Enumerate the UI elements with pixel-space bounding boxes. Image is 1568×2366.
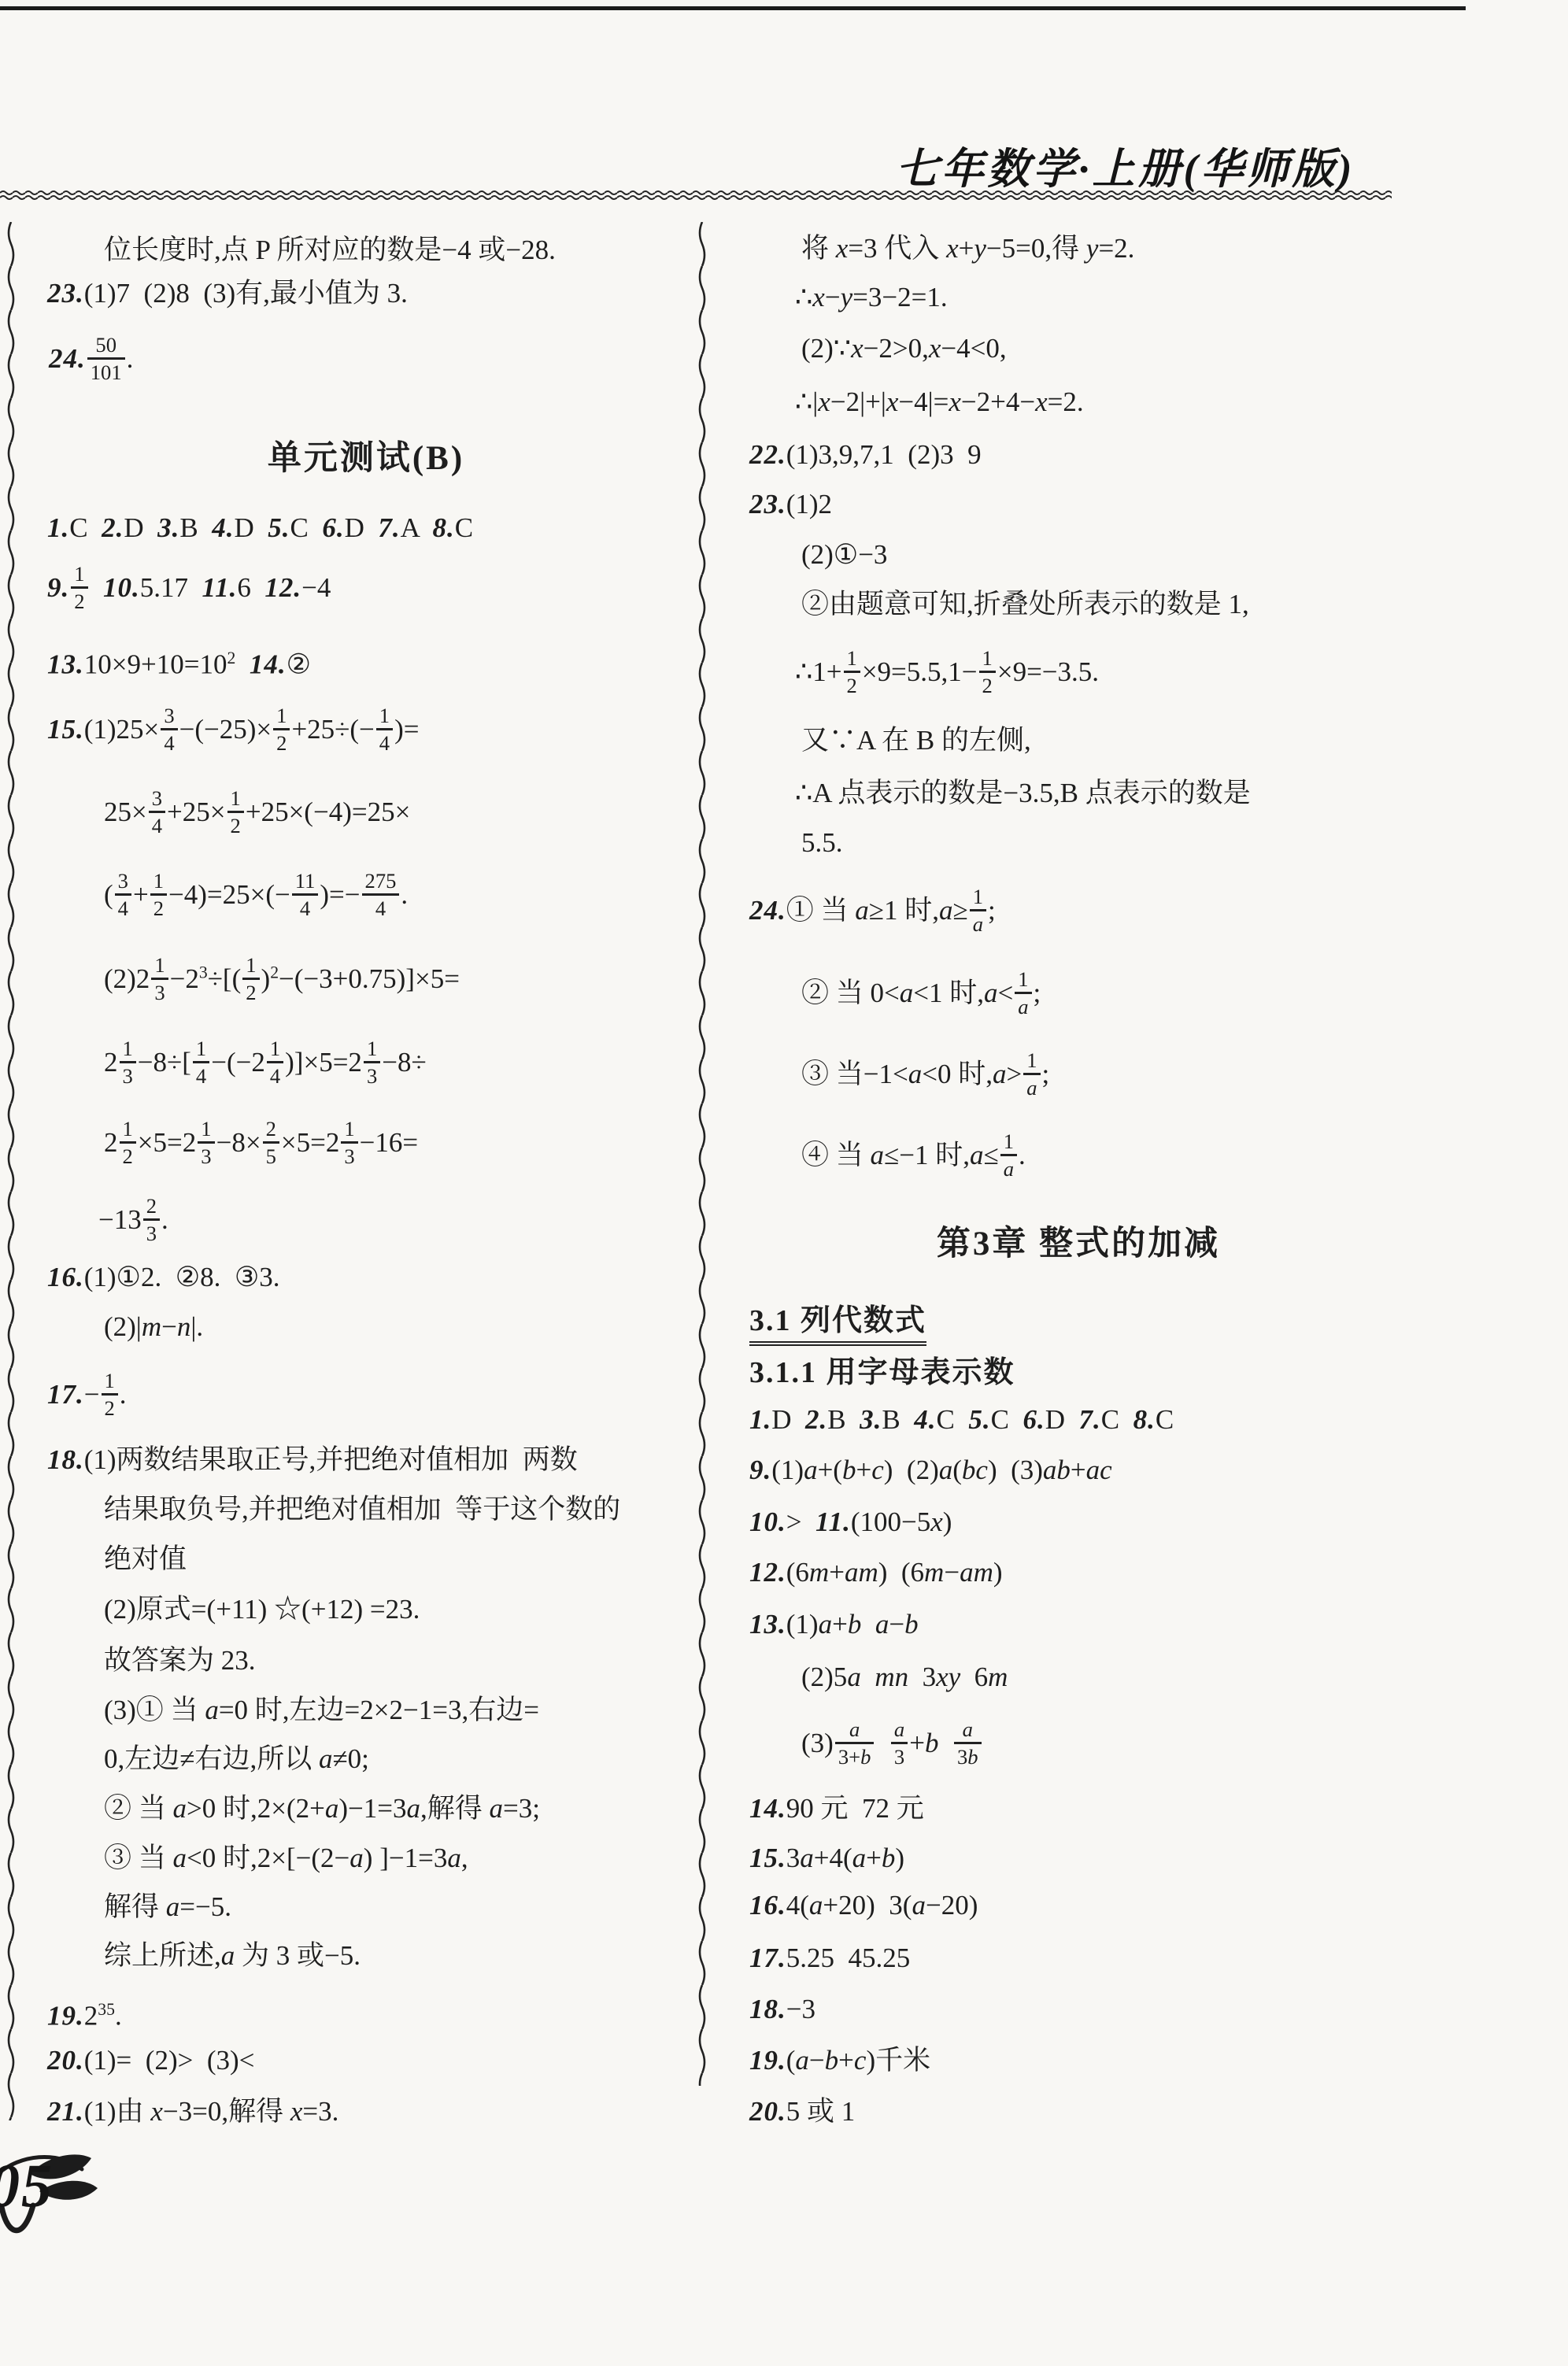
answer-line: 将 x=3 代入 x+y−5=0,得 y=2.	[801, 231, 1134, 267]
workbook-page: 七年数学·上册(华师版) 单元测试(B) 位长度时,点 P 所对应的数是−4 或…	[0, 0, 1568, 2366]
answer-line: 18.−3	[749, 1991, 815, 2028]
answer-line: 25×34+25×12+25×(−4)=25×	[104, 787, 410, 837]
answer-line: ∴A 点表示的数是−3.5,B 点表示的数是	[795, 775, 1251, 811]
answer-line: 20.5 或 1	[749, 2094, 855, 2130]
answer-line: ②由题意可知,折叠处所表示的数是 1,	[801, 586, 1249, 623]
answer-line: 10.> 11.(100−5x)	[749, 1504, 952, 1540]
answer-line: 16.(1)①2. ②8. ③3.	[47, 1259, 279, 1296]
answer-line: 1.D 2.B 3.B 4.C 5.C 6.D 7.C 8.C	[749, 1402, 1174, 1438]
answer-line: 解得 a=−5.	[104, 1889, 231, 1925]
answer-line: ② 当 a>0 时,2×(2+a)−1=3a,解得 a=3;	[104, 1791, 540, 1827]
answer-line: (2)∵x−2>0,x−4<0,	[801, 331, 1007, 367]
answer-line: 5.5.	[801, 825, 843, 861]
answer-line: 9.12 10.5.17 11.6 12.−4	[47, 563, 331, 612]
answer-line: 位长度时,点 P 所对应的数是−4 或−28.	[104, 232, 556, 268]
page-number: 05	[0, 2150, 54, 2221]
answer-line: 又∵A 在 B 的左侧,	[801, 723, 1031, 759]
answer-line: 23.(1)2	[749, 486, 832, 523]
answer-line: (3)a3+b a3+b a3b	[801, 1718, 983, 1768]
answer-line: ∴x−y=3−2=1.	[795, 279, 948, 316]
answer-line: 20.(1)= (2)> (3)<	[47, 2043, 254, 2079]
answer-line: 19.235.	[47, 1991, 122, 2035]
answer-line: 结果取负号,并把绝对值相加 等于这个数的	[104, 1492, 620, 1528]
answer-line: 22.(1)3,9,7,1 (2)3 9	[749, 437, 982, 473]
answer-line: 24.50101.	[49, 334, 133, 383]
answer-line: ③ 当−1<a<0 时,a>1a;	[801, 1049, 1049, 1099]
answer-line: 213−8÷[14−(−214)]×5=213−8÷	[104, 1037, 427, 1087]
answer-line: 18.(1)两数结果取正号,并把绝对值相加 两数	[47, 1442, 578, 1478]
section-heading: 3.1 列代数式	[749, 1296, 926, 1346]
answer-line: 17.5.25 45.25	[749, 1940, 910, 1976]
answer-line: 0,左边≠右边,所以 a≠0;	[104, 1741, 369, 1777]
unit-test-heading: 单元测试(B)	[47, 431, 685, 479]
answer-line: 13.10×9+10=102 14.②	[47, 640, 311, 683]
answer-line: 212×5=213−8×25×5=213−16=	[104, 1118, 418, 1167]
answer-line: 17.−12.	[47, 1370, 127, 1419]
answer-line: 14.90 元 72 元	[749, 1791, 924, 1827]
answer-line: ③ 当 a<0 时,2×[−(2−a) ]−1=3a,	[104, 1840, 468, 1876]
answer-line: (2)|m−n|.	[104, 1309, 203, 1345]
answer-line: 绝对值	[104, 1541, 187, 1577]
chapter-heading: 第3章 整式的加减	[756, 1217, 1401, 1265]
answer-line: ④ 当 a≤−1 时,a≤1a.	[801, 1130, 1026, 1180]
answer-line: −1323.	[98, 1195, 168, 1244]
answer-line: 12.(6m+am) (6m−am)	[749, 1555, 1003, 1591]
answer-line: 综上所述,a 为 3 或−5.	[104, 1938, 361, 1974]
answer-line: 故答案为 23.	[104, 1643, 256, 1679]
answer-line: 19.(a−b+c)千米	[749, 2043, 930, 2079]
answer-line: (34+12−4)=25×(−114)=−2754.	[104, 870, 408, 919]
answer-line: 15.3a+4(a+b)	[749, 1840, 904, 1876]
answer-line: 1.C 2.D 3.B 4.D 5.C 6.D 7.A 8.C	[47, 510, 473, 546]
answer-line: (3)① 当 a=0 时,左边=2×2−1=3,右边=	[104, 1692, 539, 1728]
answer-line: (2)原式=(+11) ☆(+12) =23.	[104, 1592, 420, 1628]
double-wavy-rule	[0, 190, 1392, 202]
answer-line: ∴|x−2|+|x−4|=x−2+4−x=2.	[795, 384, 1084, 420]
page-title: 七年数学·上册(华师版)	[896, 135, 1415, 196]
answer-line: ∴1+12×9=5.5,1−12×9=−3.5.	[795, 647, 1099, 697]
answer-line: 9.(1)a+(b+c) (2)a(bc) (3)ab+ac	[749, 1452, 1112, 1488]
answer-line: 16.4(a+20) 3(a−20)	[749, 1887, 978, 1924]
top-rule	[0, 6, 1466, 10]
answer-line: (2)213−23÷[(12)2−(−3+0.75)]×5=	[104, 954, 460, 1004]
subsection-heading: 3.1.1 用字母表示数	[749, 1348, 1015, 1391]
answer-line: (2)5a mn 3xy 6m	[801, 1659, 1008, 1695]
answer-line: ② 当 0<a<1 时,a<1a;	[801, 968, 1041, 1018]
answer-line: 23.(1)7 (2)8 (3)有,最小值为 3.	[47, 275, 408, 312]
answer-line: 24.① 当 a≥1 时,a≥1a;	[749, 885, 996, 935]
answer-line: 13.(1)a+b a−b	[749, 1606, 919, 1643]
center-wavy-divider	[696, 222, 708, 2086]
answer-line: (2)①−3	[801, 537, 887, 573]
left-wavy-divider	[5, 222, 17, 2120]
answer-line: 15.(1)25×34−(−25)×12+25÷(−14)=	[47, 704, 419, 754]
